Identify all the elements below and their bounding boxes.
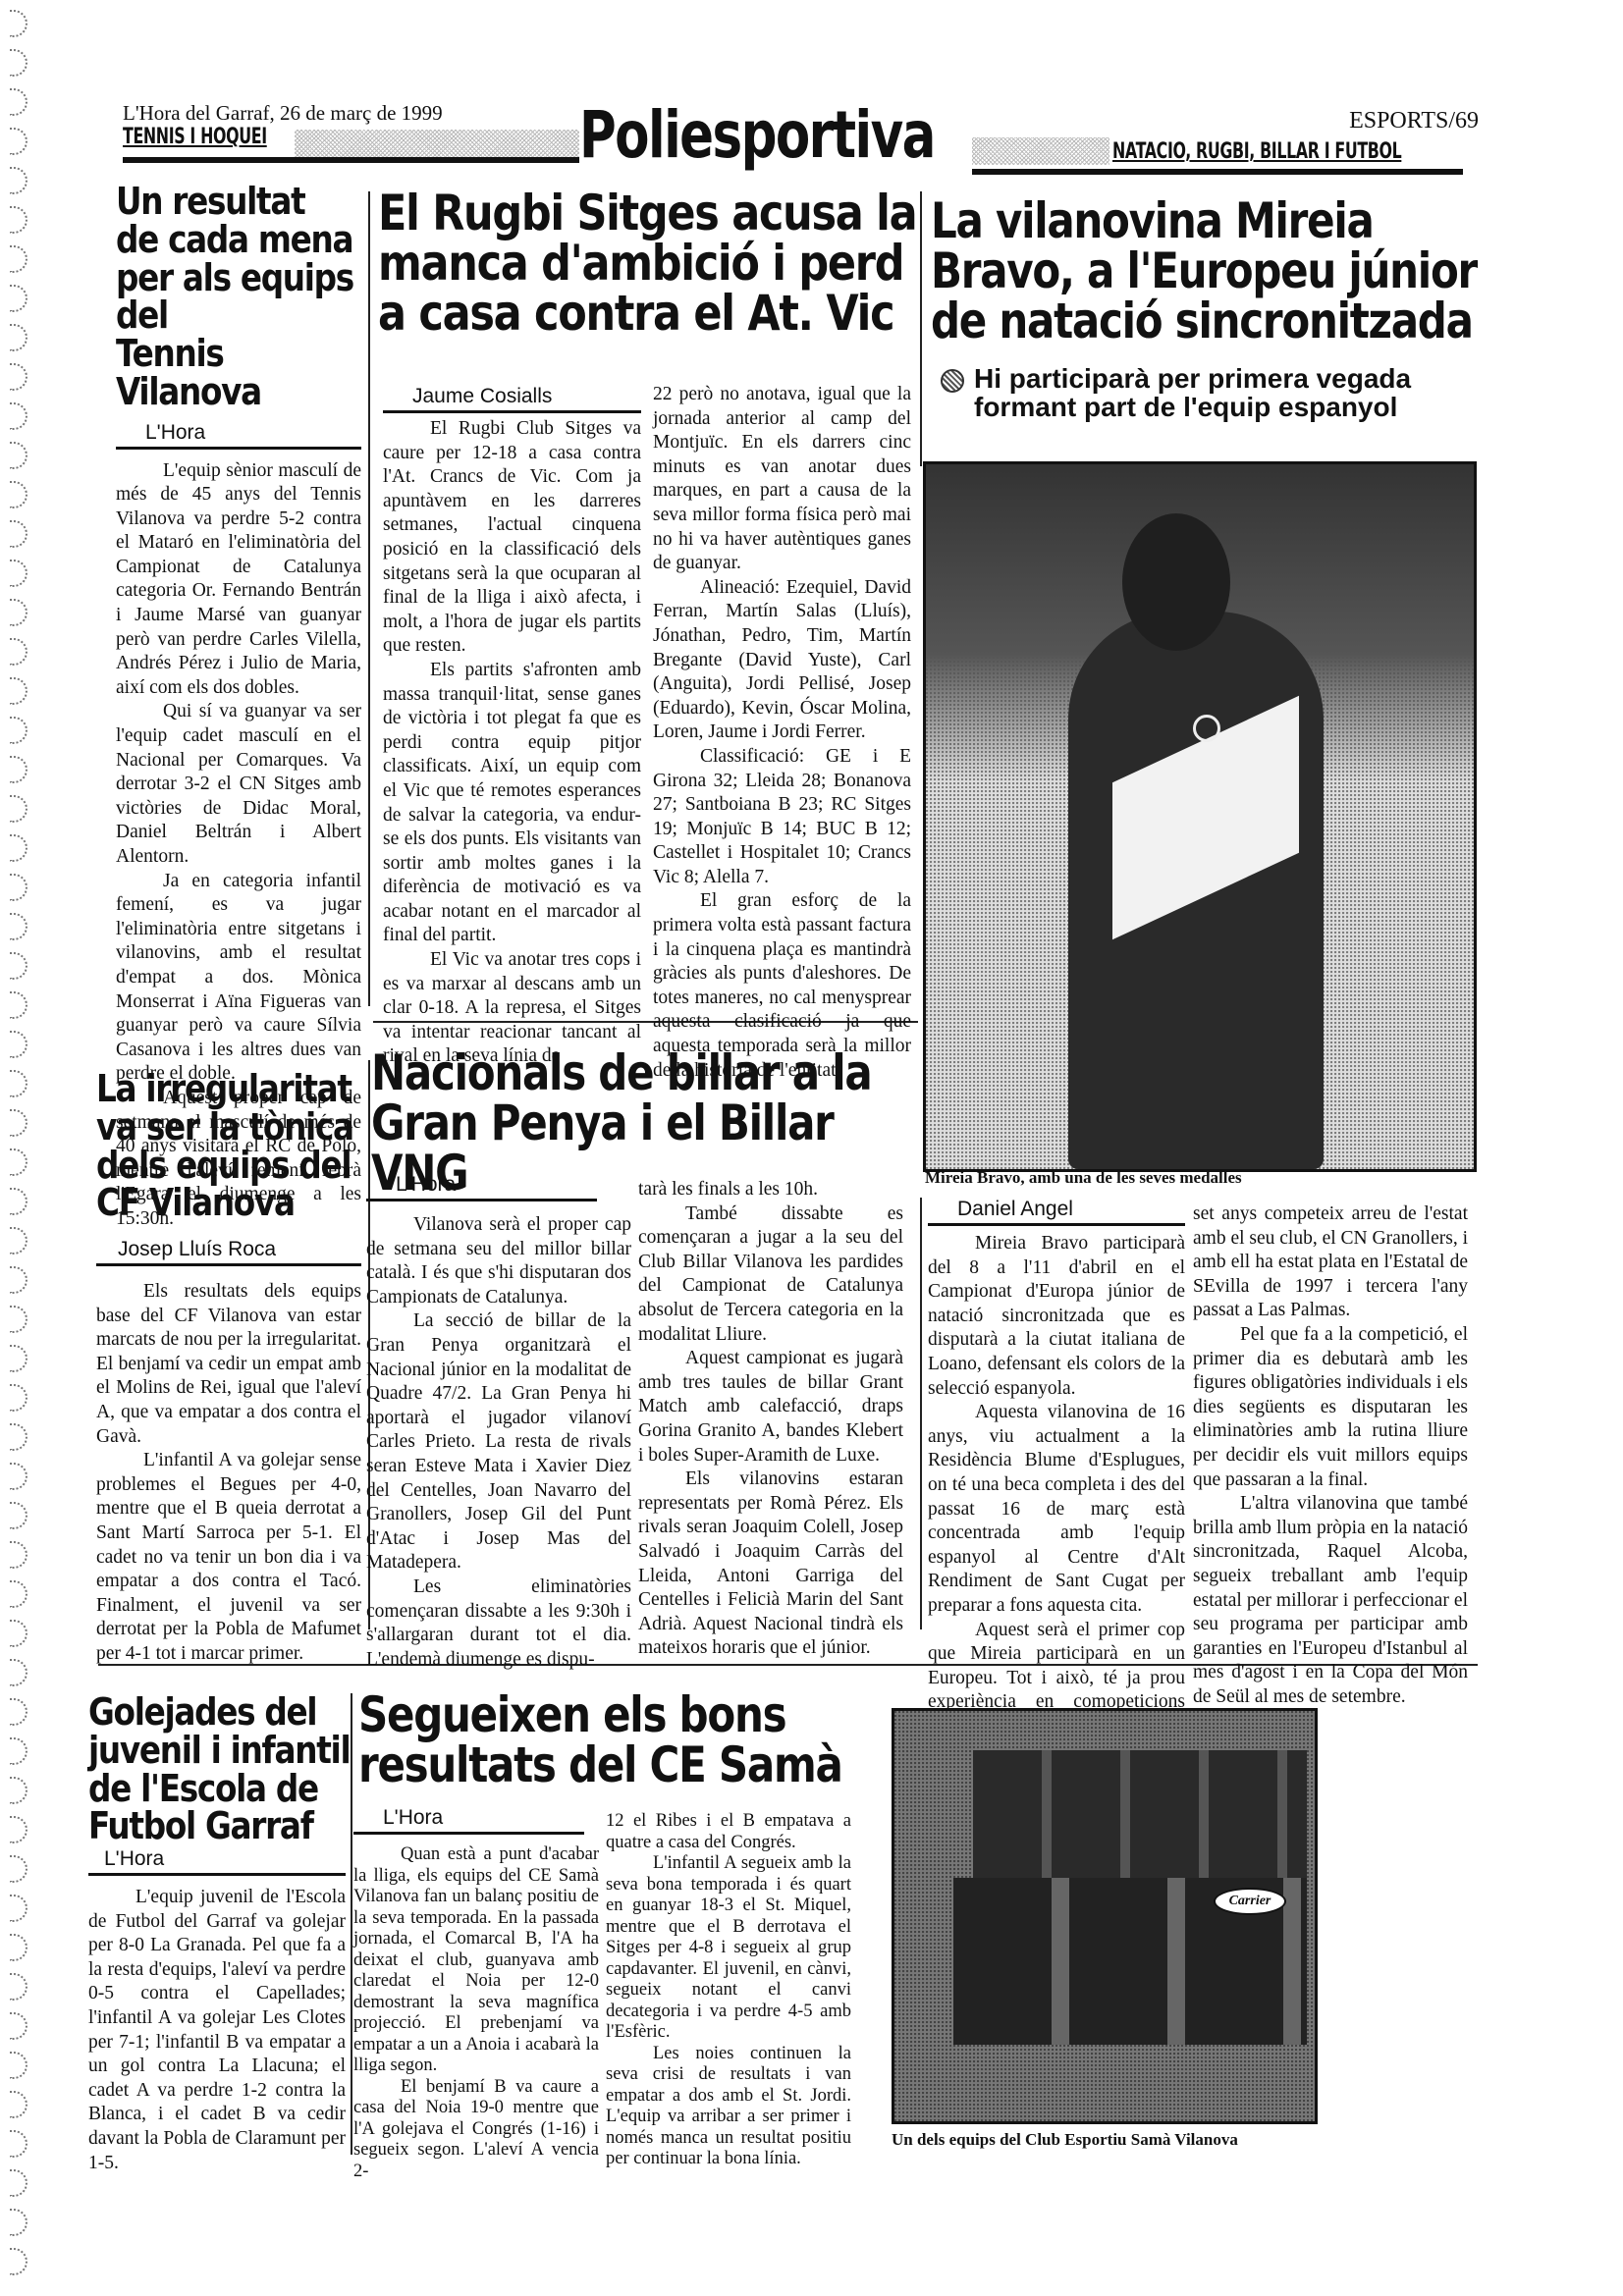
binder-hole-icon — [10, 1306, 27, 1333]
binder-hole-icon — [10, 2130, 27, 2158]
binder-hole-icon — [10, 1973, 27, 2001]
header-rule-right — [972, 169, 1463, 175]
column-divider — [920, 1198, 922, 1629]
binder-hole-icon — [10, 1620, 27, 1647]
byline: L'Hora — [353, 1806, 584, 1835]
paragraph: Mireia Bravo participarà del 8 a l'11 d'… — [928, 1232, 1185, 1401]
binder-hole-icon — [10, 1541, 27, 1569]
sama-column-2: 12 el Ribes i el B empatava a quatre a c… — [606, 1811, 851, 2170]
header-hatch-left — [295, 130, 579, 157]
article-natacio: La vilanovina Mireia Bravo, a l'Europeu … — [931, 196, 1481, 422]
binder-hole-icon — [10, 1737, 27, 1765]
binder-hole-icon — [10, 520, 27, 548]
issue-date-line: L'Hora del Garraf, 26 de març de 1999 — [123, 101, 443, 126]
headline-line: El Rugbi Sitges acusa la — [378, 188, 918, 239]
headline-line: a casa contra el At. Vic — [378, 289, 918, 339]
sama-column-1: L'Hora Quan està a punt d'acabar la llig… — [353, 1806, 599, 2182]
headline-line: per als equips del — [116, 259, 369, 336]
photo-mireia-bravo — [923, 461, 1477, 1172]
bullet-icon — [941, 369, 964, 393]
paragraph: La secció de billar de la Gran Penya org… — [366, 1309, 631, 1575]
binder-hole-icon — [10, 2209, 27, 2236]
binder-hole-icon — [10, 2052, 27, 2079]
paragraph: L'infantil A va golejar sense problemes … — [96, 1449, 361, 1666]
paragraph: Qui sí va guanyar va ser l'equip cadet m… — [116, 700, 361, 869]
rugbi-column-1: Jaume Cosialls El Rugbi Club Sitges va c… — [383, 385, 641, 1069]
paragraph: Els partits s'afronten amb massa tranqui… — [383, 659, 641, 948]
section-label-right: NATACIO, RUGBI, BILLAR I FUTBOL — [1112, 139, 1401, 171]
headline-line: manca d'ambició i perd — [378, 239, 918, 289]
binder-hole-icon — [10, 128, 27, 155]
headline: El Rugbi Sitges acusa la manca d'ambició… — [378, 188, 918, 339]
binder-hole-icon — [10, 2169, 27, 2197]
binder-hole-icon — [10, 1266, 27, 1294]
headline-line: de natació sincronitzada — [931, 296, 1484, 347]
header-rule-left — [123, 157, 579, 163]
headline-line: Bravo, a l'Europeu júnior — [931, 246, 1484, 296]
binder-hole-icon — [10, 167, 27, 194]
lineup-paragraph: Alineació: Ezequiel, David Ferran, Martí… — [653, 576, 911, 745]
article-golejades: Golejades del juvenil i infantil de l'Es… — [88, 1693, 346, 2175]
headline-line: Segueixen els bons — [358, 1690, 911, 1740]
byline: Daniel Angel — [928, 1198, 1185, 1226]
paragraph: Aquest campionat es jugarà amb tres taul… — [638, 1347, 903, 1468]
paragraph: tarà les finals a les 10h. — [638, 1178, 903, 1202]
paragraph: Pel que fa a la competició, el primer di… — [1193, 1323, 1468, 1492]
binder-hole-icon — [10, 717, 27, 744]
paragraph: L'altra vilanovina que també brilla amb … — [1193, 1492, 1468, 1709]
binder-hole-icon — [10, 1423, 27, 1451]
binder-hole-icon — [10, 952, 27, 980]
binder-hole-icon — [10, 1895, 27, 1922]
paragraph: Els vilanovins estaran representats per … — [638, 1468, 903, 1661]
paragraph: L'infantil A segueix amb la seva bona te… — [606, 1853, 851, 2044]
byline: Jaume Cosialls — [383, 385, 641, 413]
paragraph: Les noies continuen la seva crisi de res… — [606, 2044, 851, 2170]
photo-ce-sama-team: Carrier — [892, 1708, 1318, 2124]
subhead-line: Hi participarà per primera vegada — [974, 363, 1411, 394]
paragraph: Les eliminatòries començaran dissabte a … — [366, 1575, 631, 1672]
paragraph: Vilanova serà el proper cap de setmana s… — [366, 1213, 631, 1309]
binder-hole-icon — [10, 1070, 27, 1097]
binder-hole-icon — [10, 1777, 27, 1804]
binder-hole-icon — [10, 88, 27, 116]
natacio-column-1: Daniel Angel Mireia Bravo participarà de… — [928, 1198, 1185, 1763]
byline: L'Hora — [366, 1173, 597, 1201]
paragraph: Els resultats dels equips base del CF Vi… — [96, 1280, 361, 1449]
article-irregularitat: La irregularitat va ser la tònica dels e… — [96, 1070, 361, 1667]
binder-hole-icon — [10, 245, 27, 273]
article-body: El Rugbi Club Sitges va caure per 12-18 … — [383, 417, 641, 1069]
binder-hole-icon — [10, 10, 27, 37]
column-divider — [920, 191, 922, 466]
binder-hole-icon — [10, 834, 27, 862]
subheadline: Hi participarà per primera vegada forman… — [931, 364, 1481, 422]
headline-line: Futbol Garraf — [88, 1807, 351, 1845]
binder-hole-icon — [10, 1345, 27, 1372]
article-body: Els resultats dels equips base del CF Vi… — [96, 1280, 361, 1667]
binder-hole-icon — [10, 324, 27, 351]
binder-hole-icon — [10, 1855, 27, 1883]
headline-line: va ser la tònica — [96, 1108, 366, 1147]
subhead-line: formant part de l'equip espanyol — [941, 393, 1481, 421]
photo-sponsor-banner: Carrier — [1214, 1888, 1286, 1915]
article-body: L'equip juvenil de l'Escola de Futbol de… — [88, 1886, 346, 2175]
headline-line: juvenil i infantil — [88, 1732, 351, 1770]
article-rugbi: El Rugbi Sitges acusa la manca d'ambició… — [378, 188, 913, 339]
binder-hole-icon — [10, 363, 27, 391]
headline: Un resultat de cada mena per als equips … — [116, 183, 369, 411]
binder-hole-icon — [10, 1384, 27, 1412]
paragraph: Ja en categoria infantil femení, es va j… — [116, 870, 361, 1087]
byline: L'Hora — [116, 421, 361, 450]
billar-column-1: L'Hora Vilanova serà el proper cap de se… — [366, 1173, 631, 1672]
binder-hole-icon — [10, 1816, 27, 1843]
headline: Golejades del juvenil i infantil de l'Es… — [88, 1693, 351, 1845]
binder-hole-icon — [10, 442, 27, 469]
binder-hole-icon — [10, 913, 27, 940]
binder-hole-icon — [10, 1031, 27, 1058]
binder-hole-icon — [10, 795, 27, 823]
binder-hole-icon — [10, 1698, 27, 1726]
binder-hole-icon — [10, 1659, 27, 1686]
binder-hole-icon — [10, 599, 27, 626]
binder-hole-icon — [10, 1188, 27, 1215]
billar-column-2: tarà les finals a les 10h. També dissabt… — [638, 1178, 903, 1661]
headline-line: La irregularitat — [96, 1070, 366, 1108]
binder-hole-icon — [10, 1934, 27, 1961]
paragraph: També dissabte es començaran a jugar a l… — [638, 1202, 903, 1348]
column-divider — [351, 1693, 352, 2155]
binder-hole-icon — [10, 206, 27, 234]
headline-line: Golejades del — [88, 1693, 351, 1732]
page-reference: ESPORTS/69 — [1349, 108, 1479, 134]
section-label-left: TENNIS I HOQUEI — [123, 125, 267, 156]
photo-caption: Un dels equips del Club Esportiu Samà Vi… — [892, 2130, 1238, 2150]
header-hatch-right — [972, 137, 1109, 165]
binder-hole-icon — [10, 1502, 27, 1529]
article-sama: Segueixen els bons resultats del CE Samà — [358, 1690, 908, 1790]
binder-hole-icon — [10, 2012, 27, 2040]
paragraph: El Rugbi Club Sitges va caure per 12-18 … — [383, 417, 641, 659]
binder-hole-icon — [10, 481, 27, 508]
binder-hole-icon — [10, 560, 27, 587]
binder-hole-icon — [10, 1109, 27, 1137]
binder-hole-icon — [10, 638, 27, 666]
paragraph: Aquesta vilanovina de 16 anys, viu actua… — [928, 1401, 1185, 1618]
standings-paragraph: Classificació: GE i E Girona 32; Lleida … — [653, 745, 911, 890]
article-body: Mireia Bravo participarà del 8 a l'11 d'… — [928, 1232, 1185, 1763]
binder-hole-icon — [10, 1227, 27, 1255]
article-body: Vilanova serà el proper cap de setmana s… — [366, 1213, 631, 1672]
binder-hole-icon — [10, 677, 27, 705]
article-body: Quan està a punt d'acabar la lliga, els … — [353, 1844, 599, 2182]
binder-hole-icon — [10, 1148, 27, 1176]
binder-hole-icon — [10, 285, 27, 312]
byline: Josep Lluís Roca — [96, 1238, 361, 1266]
binder-hole-icon — [10, 49, 27, 77]
newspaper-page: L'Hora del Garraf, 26 de març de 1999 TE… — [0, 0, 1623, 2296]
headline: La vilanovina Mireia Bravo, a l'Europeu … — [931, 196, 1484, 347]
paragraph: 22 però no anotava, igual que la jornada… — [653, 383, 911, 576]
binder-hole-icon — [10, 1580, 27, 1608]
paragraph: Quan està a punt d'acabar la lliga, els … — [353, 1844, 599, 2077]
paragraph: set anys competeix arreu de l'estat amb … — [1193, 1202, 1468, 1323]
paragraph: L'equip juvenil de l'Escola de Futbol de… — [88, 1886, 346, 2175]
natacio-column-2: set anys competeix arreu de l'estat amb … — [1193, 1202, 1468, 1709]
rugbi-column-2: 22 però no anotava, igual que la jornada… — [653, 383, 911, 1083]
paragraph: 12 el Ribes i el B empatava a quatre a c… — [606, 1811, 851, 1853]
binder-hole-icon — [10, 991, 27, 1019]
headline-line: de cada mena — [116, 221, 369, 259]
binder-hole-icon — [10, 2248, 27, 2275]
paragraph: El benjamí B va caure a casa del Noia 19… — [353, 2077, 599, 2183]
photo-caption: Mireia Bravo, amb una de les seves medal… — [925, 1168, 1242, 1188]
headline-line: resultats del CE Samà — [358, 1740, 911, 1790]
binder-hole-icon — [10, 756, 27, 783]
headline-line: Un resultat — [116, 183, 369, 221]
binder-hole-icon — [10, 402, 27, 430]
binder-hole-icon — [10, 1463, 27, 1490]
photo-medal — [1193, 715, 1220, 742]
headline-line: CF Vilanova — [96, 1184, 366, 1222]
binder-holes-strip — [6, 10, 35, 2287]
paragraph: L'equip sènior masculí de més de 45 anys… — [116, 459, 361, 701]
byline: L'Hora — [88, 1847, 346, 1876]
headline: Segueixen els bons resultats del CE Samà — [358, 1690, 911, 1790]
binder-hole-icon — [10, 874, 27, 901]
headline-line: Nacionals de billar a la — [371, 1048, 924, 1098]
binder-hole-icon — [10, 2091, 27, 2118]
photo-swimmer-head — [1122, 513, 1230, 651]
headline-line: dels equips del — [96, 1147, 366, 1185]
masthead-title: Poliesportiva — [579, 103, 935, 168]
headline: La irregularitat va ser la tònica dels e… — [96, 1070, 366, 1222]
headline-line: Tennis Vilanova — [116, 335, 369, 411]
headline-line: de l'Escola de — [88, 1770, 351, 1808]
headline-line: La vilanovina Mireia — [931, 196, 1484, 246]
